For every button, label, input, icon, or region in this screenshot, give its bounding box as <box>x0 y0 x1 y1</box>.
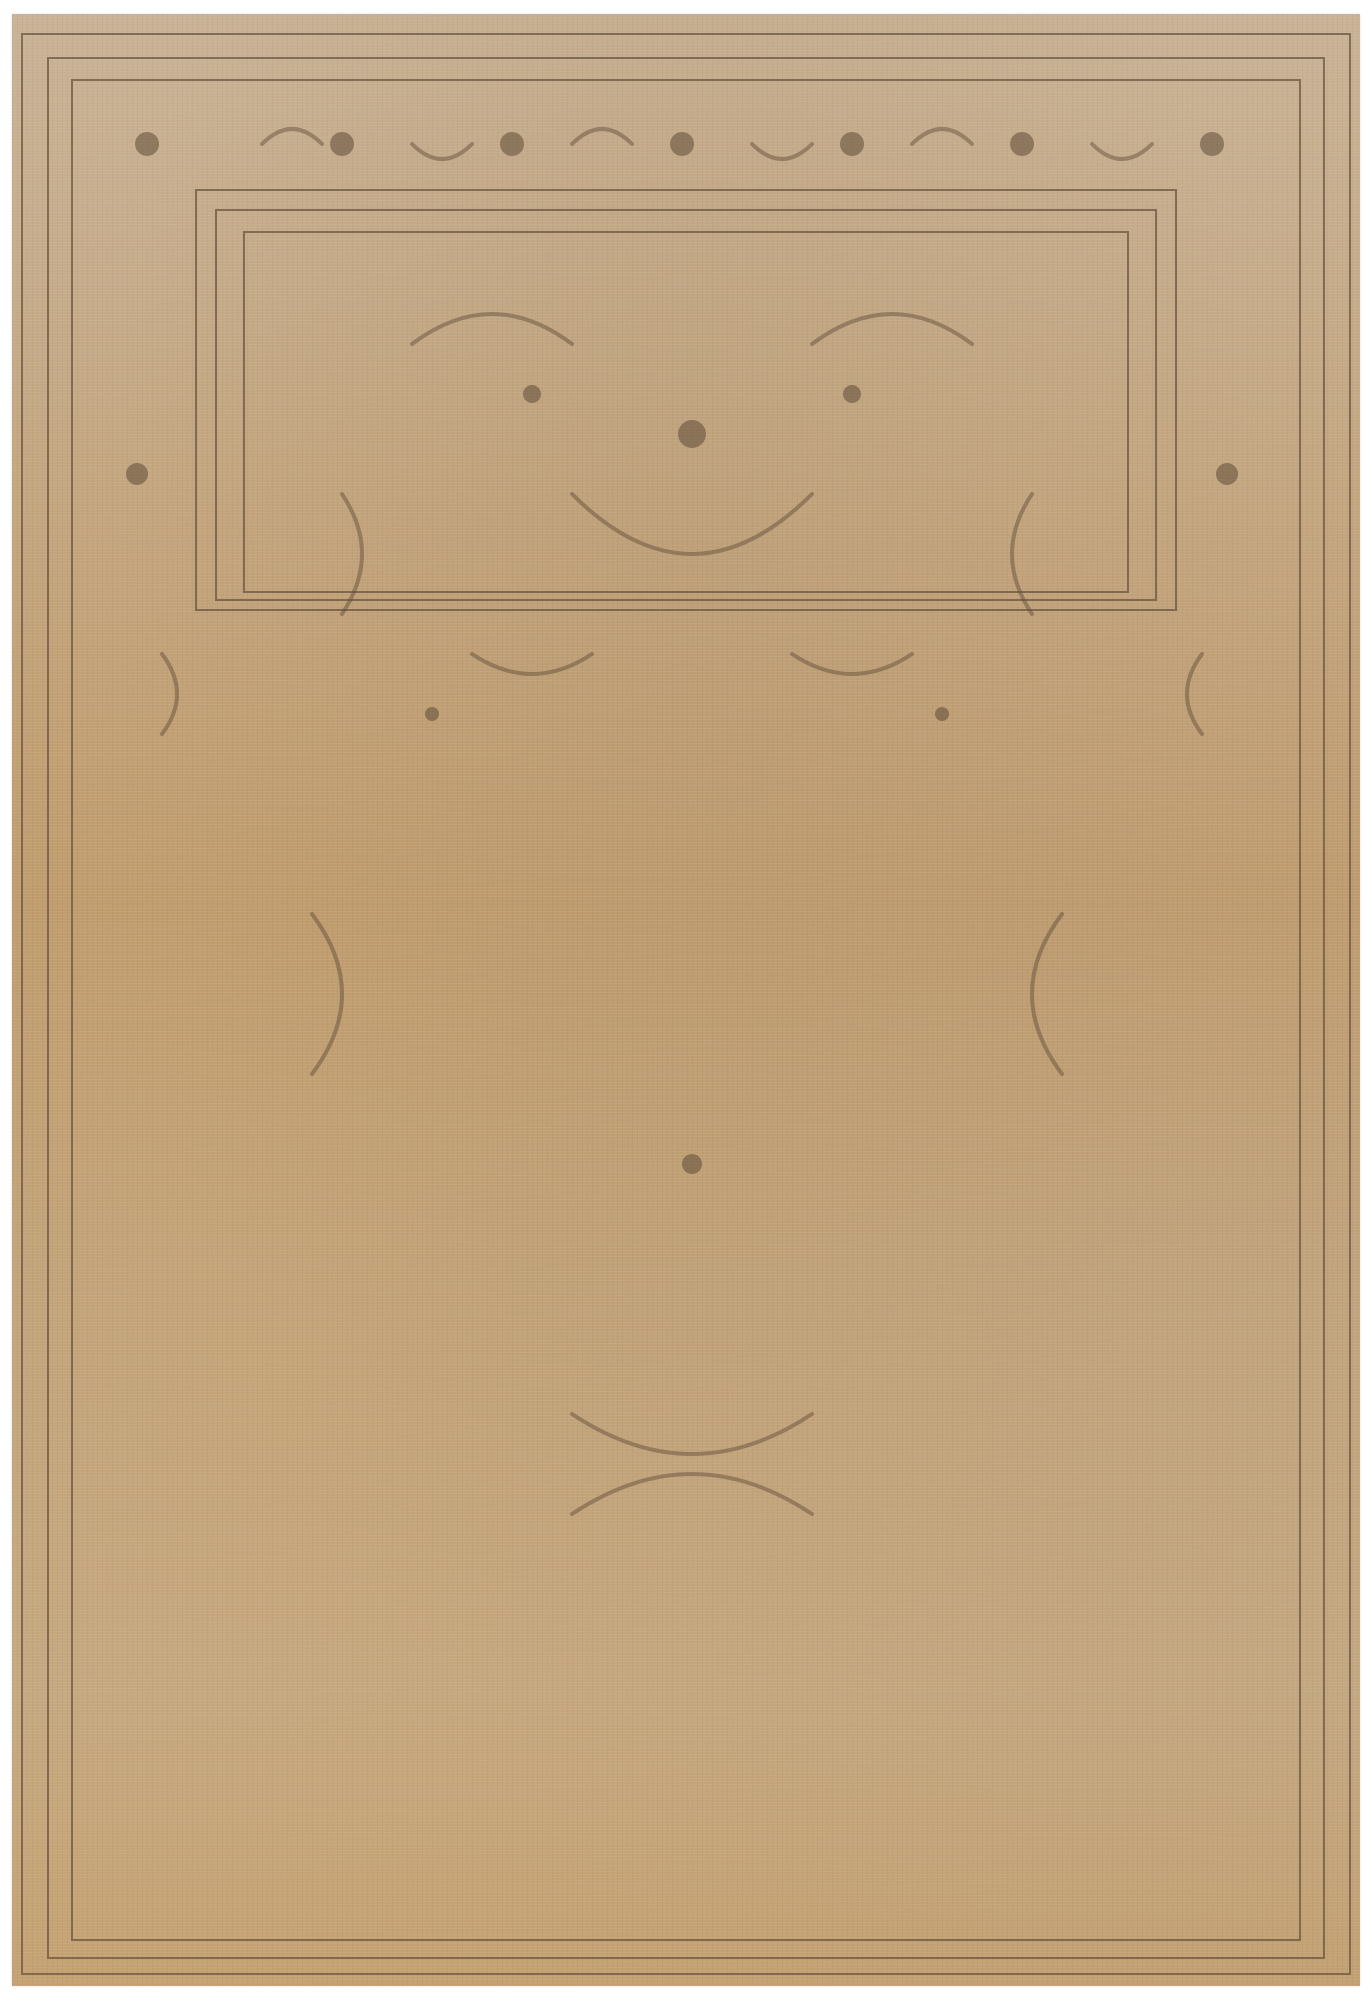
rug-photo <box>12 14 1360 1986</box>
rug-motifs <box>12 14 1360 1986</box>
